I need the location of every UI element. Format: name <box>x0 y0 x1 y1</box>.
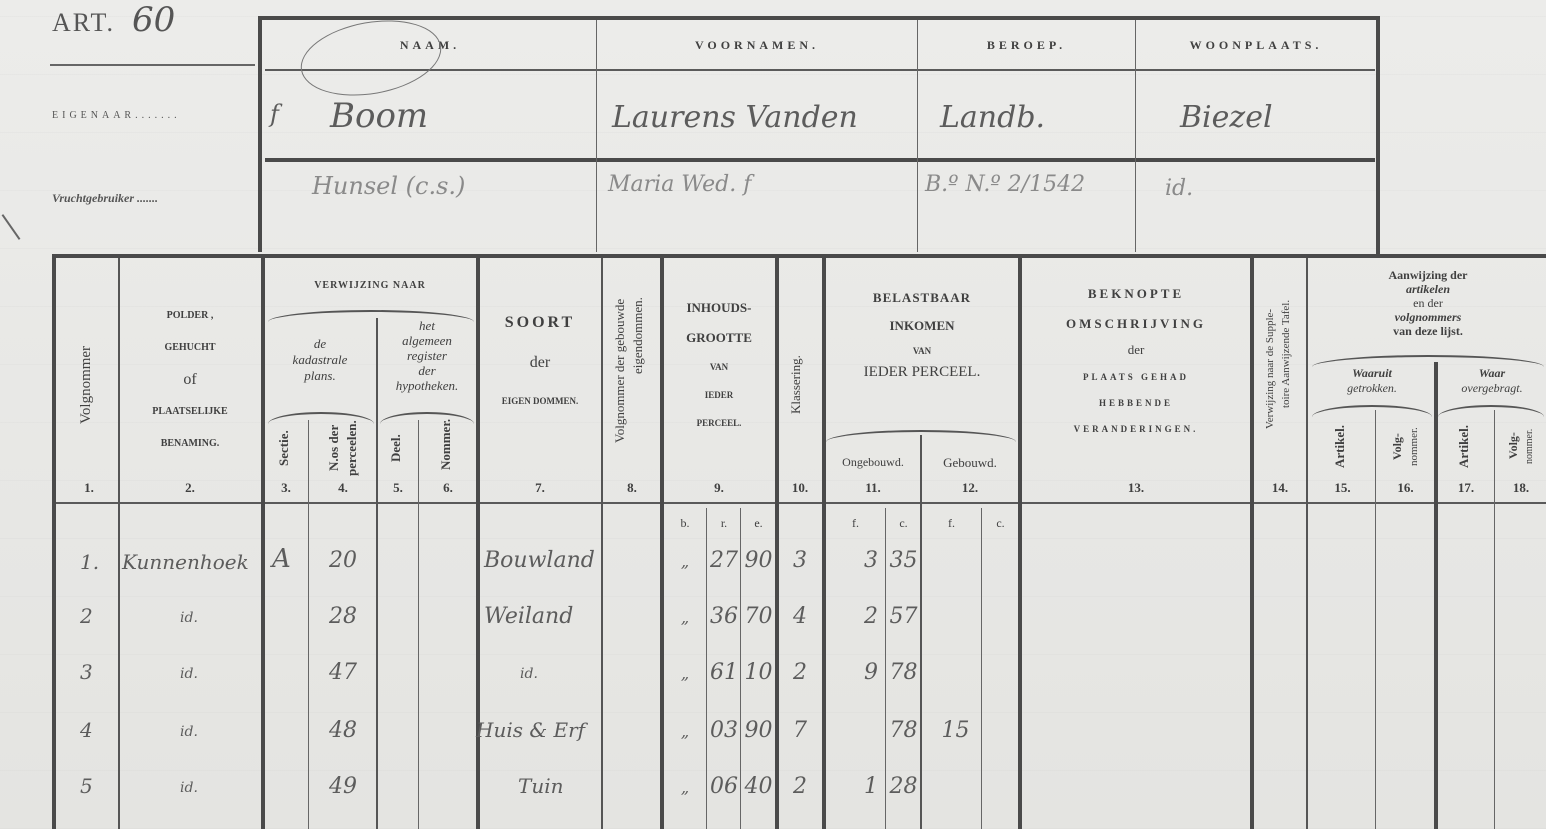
col7-line: der <box>480 354 600 372</box>
row4-soort: Huis & Erf <box>476 718 585 742</box>
col2-line: PLAATSELIJKE <box>120 396 260 428</box>
row2-b: „ <box>664 608 706 627</box>
col4-label-2: perceelen. <box>344 420 362 476</box>
col2-num: 2. <box>120 480 260 496</box>
col5-label: Deel. <box>388 420 408 476</box>
col2-line: POLDER , <box>120 300 260 332</box>
owner-row-divider <box>265 158 1375 162</box>
waaruit-label: Waaruit getrokken. <box>1310 366 1434 396</box>
belastbaar-line: IEDER PERCEEL. <box>826 364 1018 381</box>
col15-num: 15. <box>1310 480 1375 496</box>
owner-row-label: EIGENAAR....... <box>52 110 181 121</box>
row1-b: „ <box>664 552 706 571</box>
register-line: algemeen <box>378 333 476 348</box>
row2-e: 70 <box>742 604 775 629</box>
row3-volgnr: 3 <box>80 660 93 684</box>
verwijzing-title: VERWIJZING NAAR <box>264 280 476 291</box>
row3-b: „ <box>664 664 706 683</box>
belastbaar-line: BELASTBAAR <box>826 290 1018 306</box>
col16-label-2: nommer. <box>1408 418 1424 476</box>
waar-line: overgebragt. <box>1438 381 1546 396</box>
col14-label-1: Verwijzing naar de Supple- <box>1264 264 1278 474</box>
kadastrale-line: plans. <box>264 368 376 384</box>
col2-line: GEHUCHT <box>120 332 260 364</box>
usufructuary-beroep: B.º N.º 2/1542 <box>925 172 1085 197</box>
col13-line: HEBBENDE <box>1022 398 1250 408</box>
row1-polder: Kunnenhoek <box>122 550 249 574</box>
row3-perceel: 47 <box>310 660 376 685</box>
col3-num: 3. <box>264 480 308 496</box>
register-line: het <box>378 318 476 333</box>
table-left-border <box>52 254 56 829</box>
col9-label: INHOUDS- GROOTTE VAN IEDER PERCEEL. <box>664 300 774 428</box>
col11-sub-f: f. <box>826 516 885 531</box>
owner-naam: Boom <box>330 96 428 136</box>
register-line: register <box>378 348 476 363</box>
owner-col-divider <box>1135 20 1136 252</box>
row3-ong-f: 9 <box>826 660 878 685</box>
col7-label: SOORT der EIGEN DOMMEN. <box>480 314 600 406</box>
owner-woonplaats: Biezel <box>1180 100 1273 135</box>
row3-polder: id. <box>180 666 198 682</box>
col15-label: Artikel. <box>1332 416 1350 478</box>
row1-klasse: 3 <box>778 548 822 573</box>
row5-polder: id. <box>180 780 198 796</box>
row3-klasse: 2 <box>778 660 822 685</box>
col2-line: of <box>120 364 260 396</box>
register-line: hypotheken. <box>378 378 476 393</box>
col-divider <box>601 258 603 829</box>
belastbaar-label: BELASTBAAR INKOMEN VAN IEDER PERCEEL. <box>826 290 1018 381</box>
article-underline <box>50 64 255 66</box>
col12-sub-f: f. <box>922 516 981 531</box>
row1-sectie: A <box>272 544 291 574</box>
aanwijzing-line: en der <box>1310 296 1546 310</box>
belastbaar-line: INKOMEN <box>826 318 1018 334</box>
owner-block-left-border <box>258 16 262 252</box>
row3-ong-c: 78 <box>887 660 920 685</box>
owner-naam-prefix: f <box>270 100 279 128</box>
article-number: 60 <box>132 0 175 40</box>
col12-num: 12. <box>922 480 1018 496</box>
header-voornamen: VOORNAMEN. <box>598 38 916 53</box>
col9-sub-r: r. <box>708 516 740 531</box>
row4-geb-f: 15 <box>930 718 981 743</box>
col-divider <box>981 508 982 829</box>
col-divider <box>740 508 741 829</box>
row1-r: 27 <box>708 548 740 573</box>
col16-label-1: Volg- <box>1390 418 1406 476</box>
row4-ong-c: 78 <box>887 718 920 743</box>
col9-line: INHOUDS- <box>664 300 774 316</box>
row5-perceel: 49 <box>310 774 376 799</box>
row4-polder: id. <box>180 724 198 740</box>
col18-label-1: Volg- <box>1506 418 1522 474</box>
col9-line: PERCEEL. <box>664 418 774 428</box>
row5-klasse: 2 <box>778 774 822 799</box>
row4-b: „ <box>664 722 706 741</box>
usufructuary-row-label: Vruchtgebruiker ....... <box>52 191 158 206</box>
col10-num: 10. <box>778 480 822 496</box>
row5-soort: Tuin <box>518 774 564 798</box>
col-divider <box>775 258 779 829</box>
aanwijzing-line: van deze lijst. <box>1310 324 1546 338</box>
col17-label: Artikel. <box>1456 416 1474 478</box>
row2-r: 36 <box>708 604 740 629</box>
col8-num: 8. <box>604 480 660 496</box>
aanwijzing-label: Aanwijzing der artikelen en der volgnomm… <box>1310 268 1546 338</box>
row2-perceel: 28 <box>310 604 376 629</box>
owner-voornamen: Laurens Vanden <box>612 100 858 135</box>
kadastrale-label: de kadastrale plans. <box>264 336 376 384</box>
col13-line: OMSCHRIJVING <box>1022 316 1250 332</box>
col9-num: 9. <box>664 480 774 496</box>
col14-label-2: toire Aanwijzende Tafel. <box>1280 264 1294 444</box>
row2-klasse: 4 <box>778 604 822 629</box>
col9-line: GROOTTE <box>664 330 774 346</box>
col11-num: 11. <box>826 480 920 496</box>
header-beroep: BEROEP. <box>919 38 1134 53</box>
col16-num: 16. <box>1377 480 1434 496</box>
col11-sub-c: c. <box>887 516 920 531</box>
col3-label: Sectie. <box>276 420 296 476</box>
row5-ong-f: 1 <box>826 774 878 799</box>
row2-polder: id. <box>180 610 198 626</box>
row5-r: 06 <box>708 774 740 799</box>
col1-num: 1. <box>60 480 118 496</box>
row5-b: „ <box>664 778 706 797</box>
col2-label: POLDER , GEHUCHT of PLAATSELIJKE BENAMIN… <box>120 300 260 460</box>
row4-perceel: 48 <box>310 718 376 743</box>
col18-num: 18. <box>1496 480 1546 496</box>
row4-r: 03 <box>708 718 740 743</box>
col13-line: VERANDERINGEN. <box>1022 424 1250 434</box>
col-divider <box>418 420 419 829</box>
waar-label: Waar overgebragt. <box>1438 366 1546 396</box>
usufructuary-woonplaats: id. <box>1165 176 1193 201</box>
col-divider <box>885 508 886 829</box>
row2-ong-f: 2 <box>826 604 878 629</box>
aanwijzing-line: volgnommers <box>1310 310 1546 324</box>
col13-line: PLAATS GEHAD <box>1022 372 1250 382</box>
col1-label: Volgnommer <box>78 300 100 470</box>
row1-perceel: 20 <box>310 548 376 573</box>
col12-sub-c: c. <box>983 516 1018 531</box>
col6-num: 6. <box>420 480 476 496</box>
row2-ong-c: 57 <box>887 604 920 629</box>
col-divider <box>706 508 707 829</box>
col9-line: VAN <box>664 362 774 372</box>
col13-line: der <box>1022 342 1250 358</box>
col17-num: 17. <box>1438 480 1494 496</box>
col13-num: 13. <box>1022 480 1250 496</box>
col-divider <box>308 420 309 829</box>
col14-num: 14. <box>1254 480 1306 496</box>
aanwijzing-line: artikelen <box>1310 282 1546 296</box>
col4-num: 4. <box>310 480 376 496</box>
header-woonplaats: WOONPLAATS. <box>1137 38 1375 53</box>
register-label: het algemeen register der hypotheken. <box>378 318 476 393</box>
col-divider <box>1434 362 1438 829</box>
col-divider <box>1250 258 1254 829</box>
col10-label: Klassering. <box>788 330 808 440</box>
aanwijzing-line: Aanwijzing der <box>1310 268 1546 282</box>
kadastrale-line: de <box>264 336 376 352</box>
row1-ong-f: 3 <box>826 548 878 573</box>
col7-num: 7. <box>480 480 600 496</box>
col-divider <box>1375 410 1376 829</box>
article-label: ART. <box>52 8 115 38</box>
row3-r: 61 <box>708 660 740 685</box>
waar-line: Waar <box>1438 366 1546 381</box>
belastbaar-line: VAN <box>826 346 1018 356</box>
header-bottom-rule <box>56 502 1546 504</box>
col7-line: EIGEN DOMMEN. <box>480 396 600 406</box>
col7-line: SOORT <box>480 314 600 332</box>
row5-volgnr: 5 <box>80 774 93 798</box>
row4-volgnr: 4 <box>80 718 93 742</box>
row2-soort: Weiland <box>484 604 573 629</box>
kadastrale-line: kadastrale <box>264 352 376 368</box>
col-divider <box>1494 410 1495 829</box>
waaruit-line: Waaruit <box>1310 366 1434 381</box>
col13-label: BEKNOPTE OMSCHRIJVING der PLAATS GEHAD H… <box>1022 286 1250 434</box>
owner-col-divider <box>917 20 918 252</box>
row4-klasse: 7 <box>778 718 822 743</box>
row5-ong-c: 28 <box>887 774 920 799</box>
col-divider <box>376 318 378 829</box>
col2-line: BENAMING. <box>120 428 260 460</box>
owner-block-top-border <box>260 16 1380 20</box>
row3-e: 10 <box>742 660 775 685</box>
col6-label: Nommer. <box>438 412 458 476</box>
owner-col-divider <box>596 20 597 252</box>
col5-num: 5. <box>378 480 418 496</box>
row3-soort: id. <box>520 666 538 682</box>
usufructuary-voornamen: Maria Wed. f <box>608 172 751 197</box>
row1-volgnr: 1. <box>80 550 99 574</box>
col9-sub-e: e. <box>742 516 775 531</box>
row1-e: 90 <box>742 548 775 573</box>
col18-label-2: nommer. <box>1524 418 1538 474</box>
owner-block-right-border <box>1376 16 1380 256</box>
row5-e: 40 <box>742 774 775 799</box>
col8-label-1: Volgnommer der gebouwde <box>612 266 628 476</box>
row1-soort: Bouwland <box>484 548 595 573</box>
owner-header-divider <box>265 69 1375 71</box>
owner-beroep: Landb. <box>940 100 1045 135</box>
table-top-border <box>52 254 1546 258</box>
col12-label: Gebouwd. <box>922 455 1018 471</box>
col13-line: BEKNOPTE <box>1022 286 1250 302</box>
row1-ong-c: 35 <box>887 548 920 573</box>
row4-e: 90 <box>742 718 775 743</box>
col8-label-2: eigendommen. <box>630 266 646 406</box>
waaruit-line: getrokken. <box>1310 381 1434 396</box>
col-divider <box>1306 258 1308 829</box>
col9-line: IEDER <box>664 390 774 400</box>
col4-label-1: N.os der <box>326 420 344 476</box>
row2-volgnr: 2 <box>80 604 93 628</box>
col11-label: Ongebouwd. <box>826 455 920 470</box>
col9-sub-b: b. <box>664 516 706 531</box>
register-line: der <box>378 363 476 378</box>
usufructuary-naam: Hunsel (c.s.) <box>312 172 465 200</box>
